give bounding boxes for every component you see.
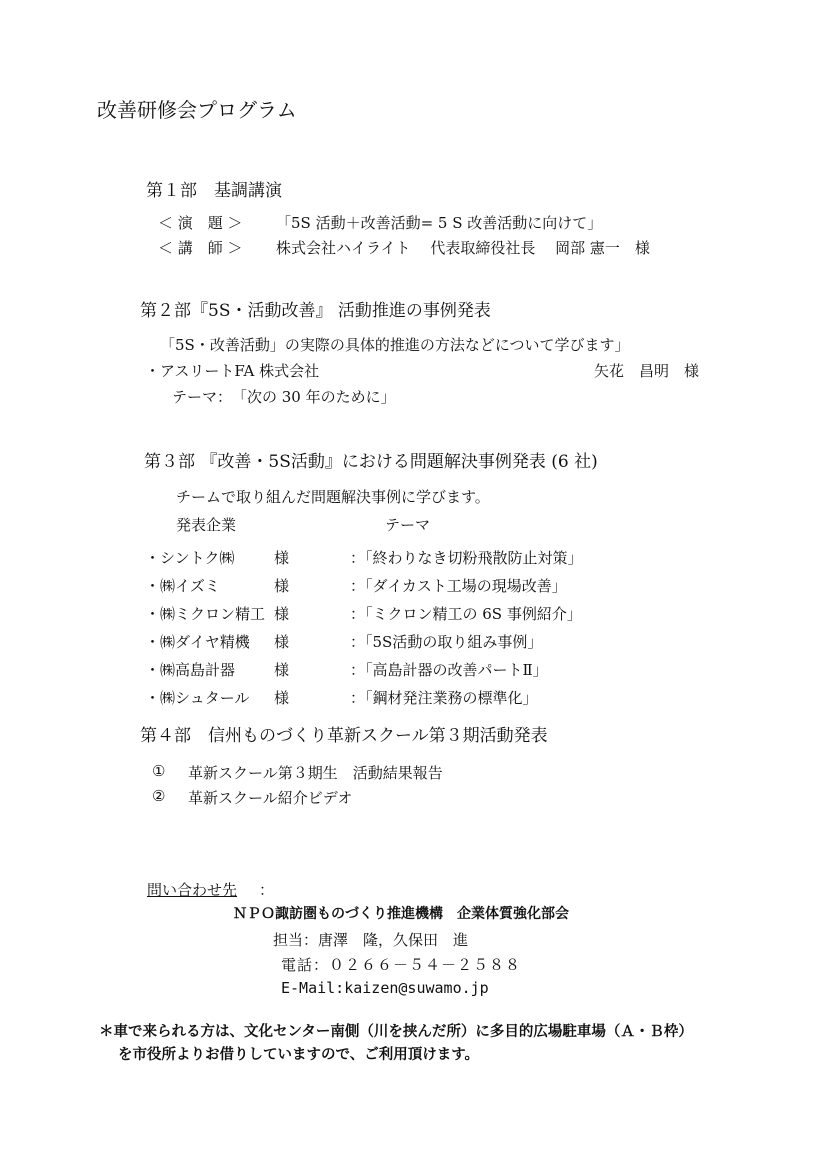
contact-label-line: 問い合わせ先：	[147, 879, 274, 900]
part1-topic-label: ＜ 演 題 ＞	[158, 212, 243, 233]
list-item-theme: ：「ミクロン精工の 6S 事例紹介」	[350, 603, 582, 624]
part4-heading: 第４部 信州ものづくり革新スクール第３期活動発表	[140, 721, 548, 746]
list-item-honorific: 様	[274, 547, 289, 568]
contact-organization: ＮＰＯ諏訪圏ものづくり推進機構 企業体質強化部会	[233, 903, 569, 923]
list-item-honorific: 様	[274, 687, 289, 708]
part3-col-company: 発表企業	[176, 514, 236, 535]
contact-colon: ：	[259, 881, 274, 899]
list-item-company: ・㈱高島計器	[145, 659, 235, 680]
list-item-company: ・㈱ダイヤ精機	[145, 631, 250, 652]
list-item-theme: ：「高島計器の改善パートⅡ」	[350, 659, 548, 680]
part2-company: ・アスリートFA 株式会社	[145, 360, 319, 381]
parking-note-line2: を市役所よりお借りしていますので、ご利用頂けます。	[118, 1043, 479, 1064]
part1-heading: 第１部 基調講演	[146, 176, 282, 201]
list-item-honorific: 様	[274, 659, 289, 680]
list-item-company: ・㈱ミクロン精工	[145, 603, 265, 624]
part2-theme: テーマ： 「次の 30 年のために」	[172, 386, 396, 407]
part2-heading: 第２部『5S・活動改善』 活動推進の事例発表	[140, 296, 491, 321]
part4-item-text: 革新スクール第３期生 活動結果報告	[188, 762, 443, 783]
parking-note-line1: ＊車で来られる方は、文化センター南側（川を挟んだ所）に多目的広場駐車場（Ａ・Ｂ枠…	[99, 1020, 693, 1041]
contact-email[interactable]: E-Mail:kaizen@suwamo.jp	[281, 979, 489, 997]
list-item-honorific: 様	[274, 575, 289, 596]
contact-label: 問い合わせ先	[147, 881, 237, 899]
list-item-company: ・㈱シュタール	[145, 687, 249, 708]
list-item-theme: ：「鋼材発注業務の標準化」	[350, 687, 538, 708]
part2-presenter: 矢花 昌明 様	[594, 360, 699, 381]
list-item-company: ・シントク㈱	[145, 547, 234, 568]
part1-topic-value: 「5S 活動＋改善活動= 5 S 改善活動に向けて」	[276, 212, 602, 233]
list-item-honorific: 様	[274, 631, 289, 652]
list-item-theme: ：「ダイカスト工場の現場改善」	[350, 575, 567, 596]
part4-item-number: ①	[152, 762, 165, 780]
list-item-company: ・㈱イズミ	[145, 575, 220, 596]
part3-description: チームで取り組んだ問題解決事例に学びます。	[176, 486, 490, 507]
document-title: 改善研修会プログラム	[97, 94, 297, 123]
list-item-theme: ：「終わりなき切粉飛散防止対策」	[350, 547, 583, 568]
list-item-honorific: 様	[274, 603, 289, 624]
part1-lecturer-label: ＜ 講 師 ＞	[158, 237, 243, 258]
part1-lecturer-value: 株式会社ハイライト 代表取締役社長 岡部 憲一 様	[276, 237, 650, 258]
part2-description: 「5S・改善活動」の実際の具体的推進の方法などについて学びます」	[160, 334, 630, 355]
contact-phone: 電話：０２６６－５４－２５８８	[281, 954, 521, 975]
contact-person: 担当：唐澤 隆，久保田 進	[273, 929, 468, 950]
part3-heading: 第３部 『改善・5S活動』における問題解決事例発表 (6 社)	[144, 447, 598, 472]
part4-item-number: ②	[152, 787, 165, 805]
part3-col-theme: テーマ	[385, 514, 430, 535]
part4-item-text: 革新スクール紹介ビデオ	[188, 787, 352, 808]
list-item-theme: ：「5S活動の取り組み事例」	[350, 631, 542, 652]
